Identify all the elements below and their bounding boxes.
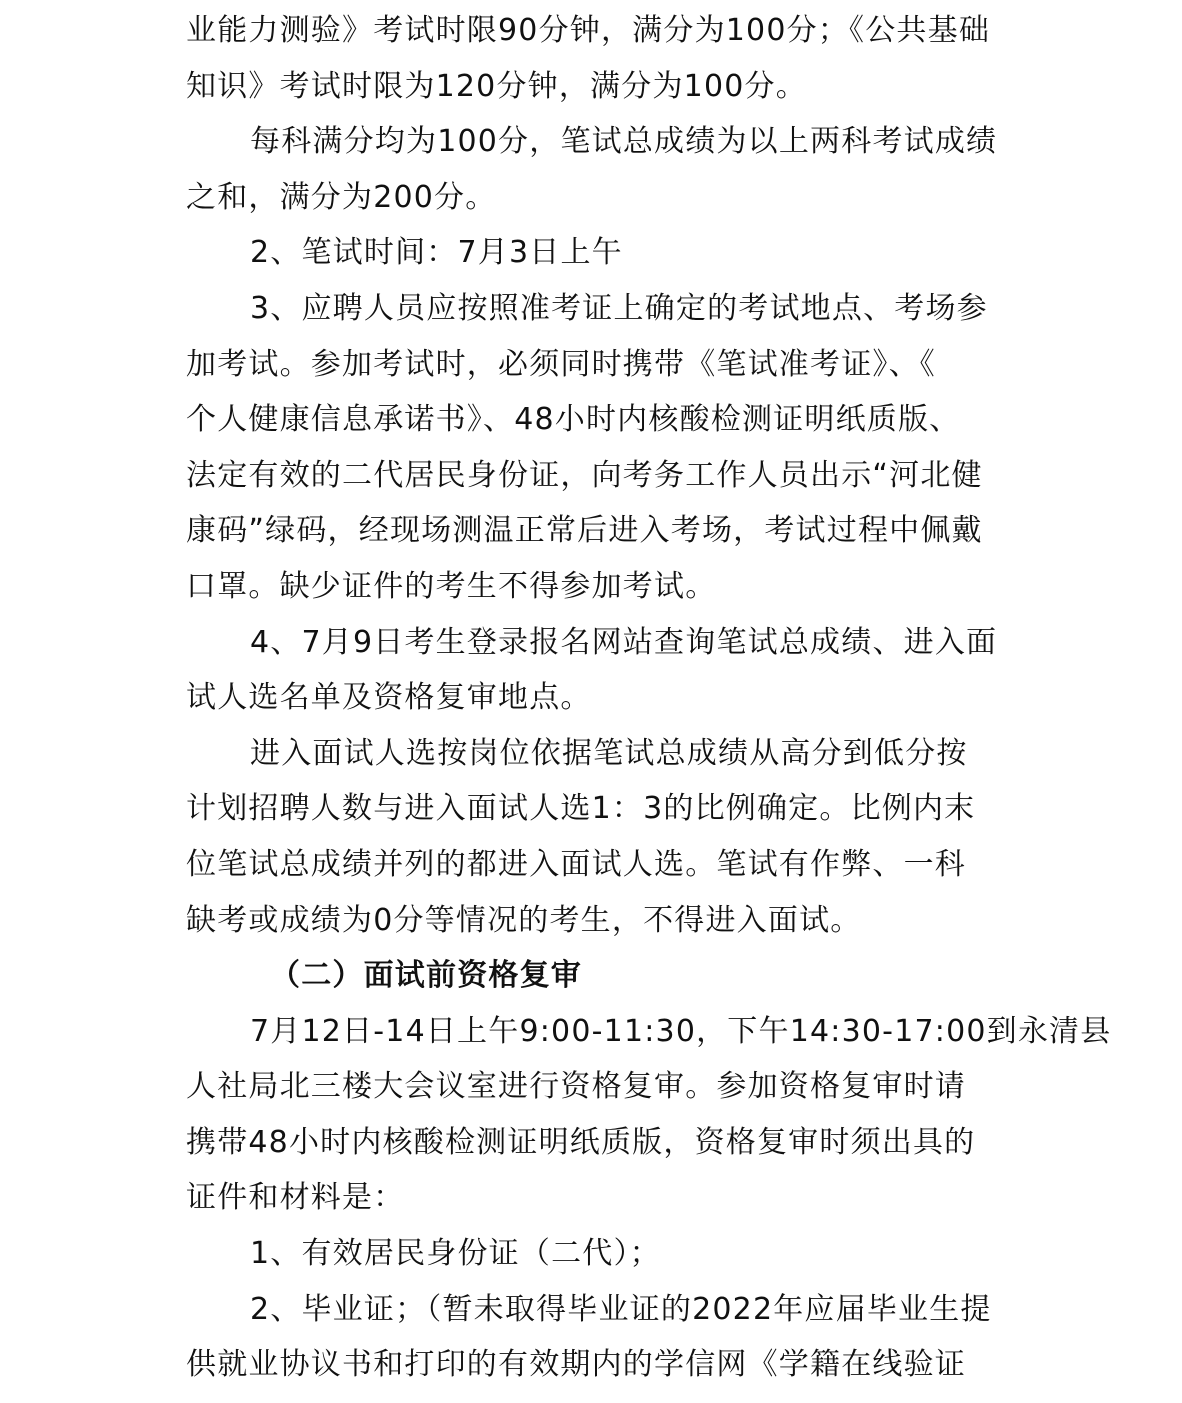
text-line: 加考试。参加考试时，必须同时携带《笔试准考证》、《 — [186, 337, 1046, 393]
text-line: 口罩。缺少证件的考生不得参加考试。 — [186, 559, 1046, 615]
text-line: 之和，满分为200分。 — [186, 170, 1046, 226]
section-heading: （二）面试前资格复审 — [186, 948, 1046, 1004]
text-line: 2、笔试时间：7月3日上午 — [186, 225, 1046, 281]
text-line: 试人选名单及资格复审地点。 — [186, 670, 1046, 726]
list-item: 1、有效居民身份证（二代）； — [186, 1226, 1046, 1282]
text-line: 7月12日-14日上午9:00-11:30，下午14:30-17:00到永清县 — [186, 1004, 1046, 1060]
text-line: 4、7月9日考生登录报名网站查询笔试总成绩、进入面 — [186, 615, 1046, 671]
text-line: 携带48小时内核酸检测证明纸质版，资格复审时须出具的 — [186, 1115, 1046, 1171]
text-line: 供就业协议书和打印的有效期内的学信网《学籍在线验证 — [186, 1337, 1046, 1393]
text-line: 证件和材料是： — [186, 1170, 1046, 1226]
text-line: 每科满分均为100分，笔试总成绩为以上两科考试成绩 — [186, 114, 1046, 170]
text-line: 知识》考试时限为120分钟，满分为100分。 — [186, 59, 1046, 115]
document-page: 业能力测验》考试时限90分钟，满分为100分；《公共基础 知识》考试时限为120… — [186, 3, 1046, 1393]
text-line: 缺考或成绩为0分等情况的考生，不得进入面试。 — [186, 893, 1046, 949]
text-line: 人社局北三楼大会议室进行资格复审。参加资格复审时请 — [186, 1059, 1046, 1115]
text-line: 康码”绿码，经现场测温正常后进入考场，考试过程中佩戴 — [186, 503, 1046, 559]
text-line: 位笔试总成绩并列的都进入面试人选。笔试有作弊、一科 — [186, 837, 1046, 893]
text-line: 3、应聘人员应按照准考证上确定的考试地点、考场参 — [186, 281, 1046, 337]
text-line: 进入面试人选按岗位依据笔试总成绩从高分到低分按 — [186, 726, 1046, 782]
text-line: 法定有效的二代居民身份证，向考务工作人员出示“河北健 — [186, 448, 1046, 504]
list-item: 2、毕业证；（暂未取得毕业证的2022年应届毕业生提 — [186, 1282, 1046, 1338]
text-line: 计划招聘人数与进入面试人选1：3的比例确定。比例内末 — [186, 781, 1046, 837]
text-line: 业能力测验》考试时限90分钟，满分为100分；《公共基础 — [186, 3, 1046, 59]
text-line: 个人健康信息承诺书》、48小时内核酸检测证明纸质版、 — [186, 392, 1046, 448]
